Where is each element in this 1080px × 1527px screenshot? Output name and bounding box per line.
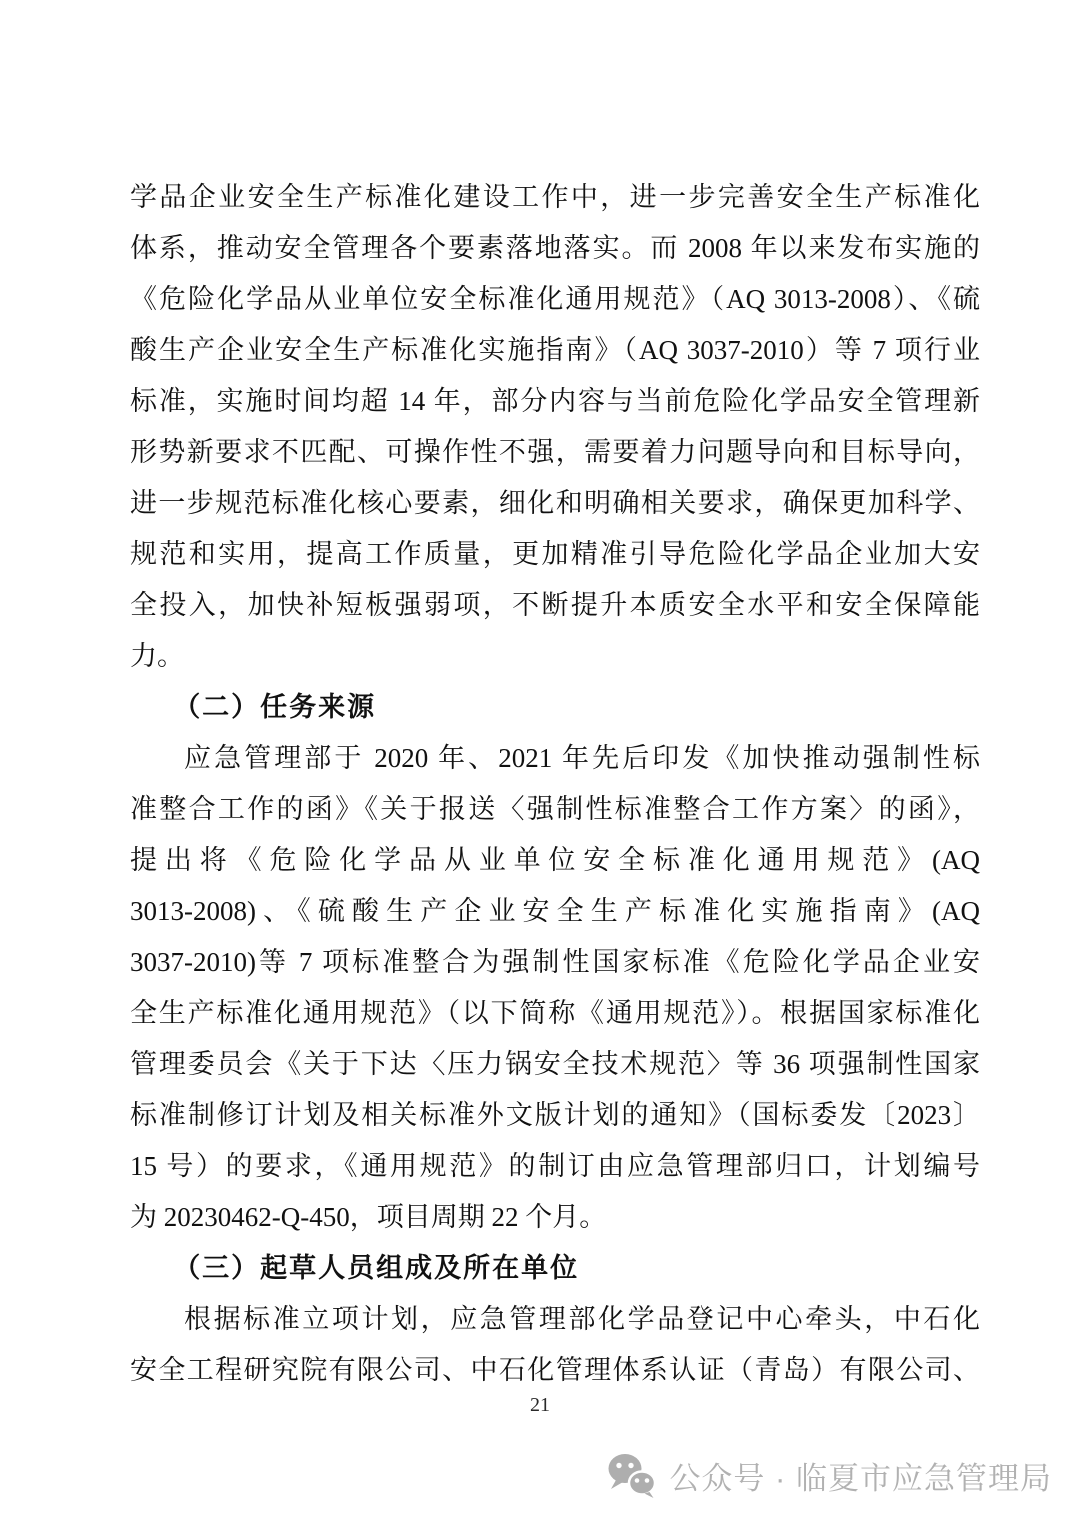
text-line: 15 号）的要求，《通用规范》的制订由应急管理部归口，计划编号	[130, 1141, 980, 1192]
text-line: 应急管理部于 2020 年、2021 年先后印发《加快推动强制性标	[130, 733, 980, 784]
text-line: 全投入，加快补短板强弱项，不断提升本质安全水平和安全保障能	[130, 580, 980, 631]
page-number: 21	[0, 1394, 1080, 1417]
text-line: 力。	[130, 631, 980, 682]
text-line: 体系，推动安全管理各个要素落地落实。而 2008 年以来发布实施的	[130, 223, 980, 274]
wechat-icon	[605, 1452, 657, 1498]
wechat-watermark: 公众号 · 临夏市应急管理局	[605, 1452, 1052, 1498]
text-line: 标准，实施时间均超 14 年，部分内容与当前危险化学品安全管理新	[130, 376, 980, 427]
text-line: 管理委员会《关于下达〈压力锅安全技术规范〉等 36 项强制性国家	[130, 1039, 980, 1090]
text-line: 形势新要求不匹配、可操作性不强，需要着力问题导向和目标导向，	[130, 427, 980, 478]
text-line: 3013-2008)、《硫酸生产企业安全生产标准化实施指南》(AQ	[130, 886, 980, 937]
text-line: 规范和实用，提高工作质量，更加精准引导危险化学品企业加大安	[130, 529, 980, 580]
section-heading: （二）任务来源	[130, 682, 980, 733]
text-line: 3037-2010)等 7 项标准整合为强制性国家标准《危险化学品企业安	[130, 937, 980, 988]
text-line: 根据标准立项计划，应急管理部化学品登记中心牵头，中石化	[130, 1294, 980, 1345]
text-line: 标准制修订计划及相关标准外文版计划的通知》（国标委发〔2023〕	[130, 1090, 980, 1141]
watermark-text: 公众号 · 临夏市应急管理局	[669, 1453, 1052, 1498]
text-line: 提出将《危险化学品从业单位安全标准化通用规范》(AQ	[130, 835, 980, 886]
section-heading: （三）起草人员组成及所在单位	[130, 1243, 980, 1294]
text-line: 《危险化学品从业单位安全标准化通用规范》（AQ 3013-2008）、《硫	[130, 274, 980, 325]
text-line: 酸生产企业安全生产标准化实施指南》（AQ 3037-2010）等 7 项行业	[130, 325, 980, 376]
text-line: 全生产标准化通用规范》（以下简称《通用规范》）。根据国家标准化	[130, 988, 980, 1039]
text-line: 为 20230462-Q-450，项目周期 22 个月。	[130, 1192, 980, 1243]
document-body: 学品企业安全生产标准化建设工作中，进一步完善安全生产标准化体系，推动安全管理各个…	[130, 172, 980, 1396]
document-page: 学品企业安全生产标准化建设工作中，进一步完善安全生产标准化体系，推动安全管理各个…	[0, 0, 1080, 1527]
text-line: 准整合工作的函》《关于报送〈强制性标准整合工作方案〉的函》，	[130, 784, 980, 835]
text-line: 安全工程研究院有限公司、中石化管理体系认证（青岛）有限公司、	[130, 1345, 980, 1396]
text-line: 进一步规范标准化核心要素，细化和明确相关要求，确保更加科学、	[130, 478, 980, 529]
text-line: 学品企业安全生产标准化建设工作中，进一步完善安全生产标准化	[130, 172, 980, 223]
